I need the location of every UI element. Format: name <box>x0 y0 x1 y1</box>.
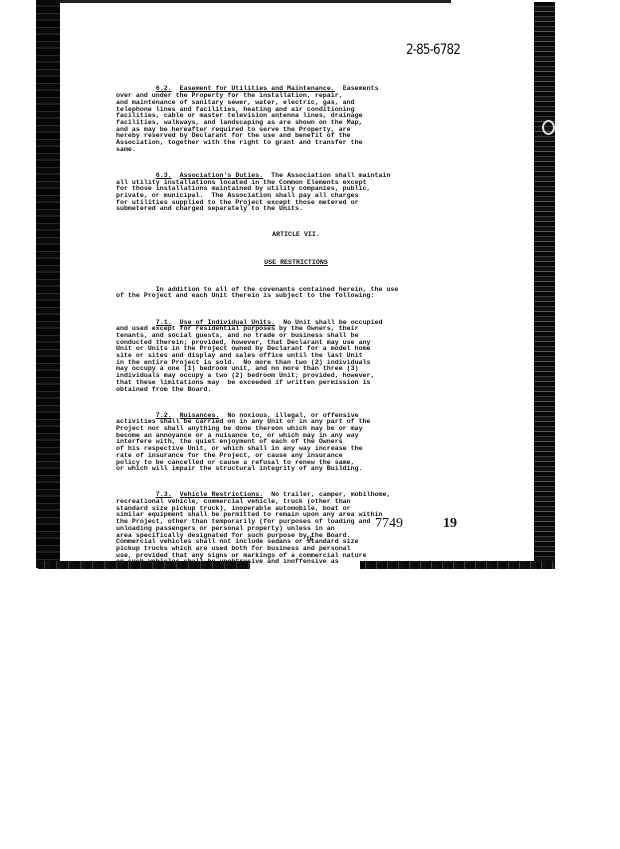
section-7-3: 7.3. Vehicle Restrictions. No trailer, c… <box>116 492 496 566</box>
section-7-1: 7.1. Use of Individual Units. No Unit sh… <box>116 320 496 394</box>
section-6-3: 6.3. Association's Duties. The Associati… <box>116 173 496 213</box>
scan-edge-right <box>534 2 555 568</box>
text-line: obtained from the Board. <box>116 387 496 394</box>
document-body: 6.2. Easement for Utilities and Maintena… <box>116 73 496 579</box>
recording-stamp-page: 19 <box>443 516 457 532</box>
recording-stamp-book: 7749 <box>375 516 403 532</box>
text-line: same. <box>116 147 496 154</box>
article-title: ARTICLE VII. <box>116 232 476 239</box>
section-6-2: 6.2. Easement for Utilities and Maintena… <box>116 86 496 153</box>
scan-edge-left <box>36 0 60 568</box>
text-line: of the Project and each Unit therein is … <box>116 293 496 300</box>
section-heading: Association's Duties. <box>180 172 264 179</box>
text-line: Association, together with the right to … <box>116 140 496 147</box>
section-number: 6.3. <box>156 172 172 179</box>
article-intro: In addition to all of the covenants cont… <box>116 287 496 300</box>
document-number: 2-85-6782 <box>406 42 460 58</box>
text-line: on such vehicles shall be unobtrusive an… <box>116 559 496 566</box>
text-line: submetered and charged separately to the… <box>116 206 496 213</box>
page-number: 16 <box>306 535 313 543</box>
section-7-2: 7.2. Nuisances. No noxious, illegal, or … <box>116 413 496 473</box>
text-line: or which will impair the structural inte… <box>116 466 496 473</box>
article-subtitle: USE RESTRICTIONS <box>116 260 476 267</box>
